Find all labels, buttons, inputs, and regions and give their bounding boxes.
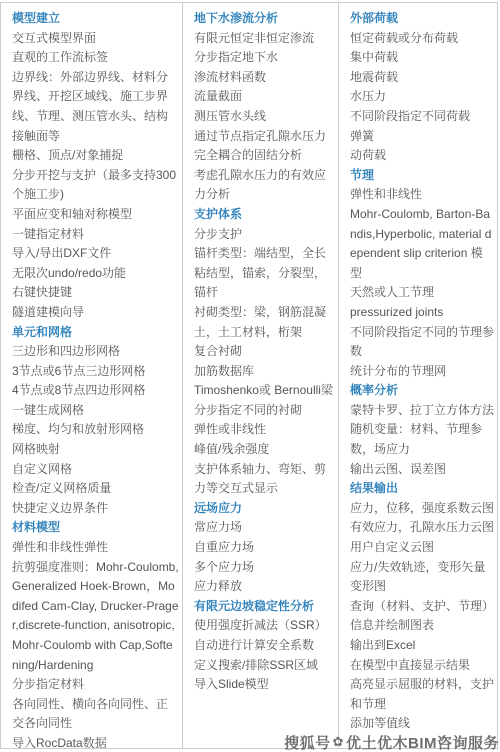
feature-item: 检查/定义网格质量	[12, 479, 179, 499]
sohu-flower-icon: ✿	[333, 734, 344, 750]
feature-item: 复合衬砌	[194, 342, 335, 362]
feature-item: 输出到Excel	[350, 636, 494, 656]
feature-item: 地震荷载	[350, 68, 494, 88]
feature-item: 应力释放	[194, 577, 335, 597]
feature-item: 网格映射	[12, 440, 179, 460]
table-column-analysis: 地下水渗流分析有限元恒定非恒定渗流分步指定地下水渗流材料函数流量截面测压管水头线…	[183, 3, 339, 748]
feature-item: 变形图	[350, 577, 494, 597]
feature-item: 衬砌类型：梁，钢筋混凝土，土工材料，桁架	[194, 303, 335, 342]
section-title: 支护体系	[194, 205, 335, 225]
feature-item: 不同阶段指定不同的节理参数	[350, 323, 494, 362]
feature-item: 直观的工作流标签	[12, 48, 179, 68]
feature-item: 一键指定材料	[12, 225, 179, 245]
feature-item: Timoshenko或 Bernoulli梁	[194, 381, 335, 401]
feature-item: 边界线：外部边界线、材料分界线、开挖区域线、施工步界线、节理、测压管水头、结构接…	[12, 68, 179, 146]
feature-item: 用户自定义云图	[350, 538, 494, 558]
feature-item: 有限元恒定非恒定渗流	[194, 29, 335, 49]
feature-item: 弹性和非线性弹性	[12, 538, 179, 558]
feature-item: 3节点或6节点三边形网格	[12, 362, 179, 382]
feature-item: 随机变量：材料、节理参数，场应力	[350, 420, 494, 459]
feature-item: 无限次undo/redo功能	[12, 264, 179, 284]
watermark: 搜狐号 ✿ 优土优木BIM咨询服务	[284, 732, 499, 752]
feature-item: 锚杆类型：端结型，全长粘结型，锚索，分裂型，锚杆	[194, 244, 335, 303]
feature-item: 通过节点指定孔隙水压力	[194, 127, 335, 147]
feature-table-page: 模型建立交互式模型界面直观的工作流标签边界线：外部边界线、材料分界线、开挖区域线…	[0, 0, 500, 752]
feature-item: 有效应力，孔隙水压力云图	[350, 518, 494, 538]
feature-item: 梯度、均匀和放射形网格	[12, 420, 179, 440]
feature-item: pressurized joints	[350, 303, 494, 323]
feature-item: 分步指定不同的衬砌	[194, 401, 335, 421]
feature-item: 恒定荷载或分布荷载	[350, 29, 494, 49]
feature-item: 蒙特卡罗、拉丁立方体方法	[350, 401, 494, 421]
feature-item: 隧道建模向导	[12, 303, 179, 323]
feature-item: 天然或人工节理	[350, 283, 494, 303]
feature-item: 分步指定地下水	[194, 48, 335, 68]
feature-item: 抗剪强度准则：Mohr-Coulomb, Generalized Hoek-Br…	[12, 558, 179, 676]
feature-item: 自定义网格	[12, 460, 179, 480]
feature-item: 应力，位移，强度系数云图	[350, 499, 494, 519]
feature-item: 栅格、顶点/对象捕捉	[12, 146, 179, 166]
feature-item: 考虑孔隙水压力的有效应力分析	[194, 166, 335, 205]
feature-item: 快捷定义边界条件	[12, 499, 179, 519]
feature-item: 使用强度折减法（SSR）自动进行计算安全系数	[194, 616, 335, 655]
feature-item: 多个应力场	[194, 558, 335, 578]
feature-item: 弹性和非线性	[350, 185, 494, 205]
watermark-text: 优土优木BIM咨询服务	[346, 732, 499, 752]
section-title: 节理	[350, 166, 494, 186]
sohu-brand-label: 搜狐号	[284, 732, 331, 752]
feature-item: 平面应变和轴对称模型	[12, 205, 179, 225]
section-title: 材料模型	[12, 518, 179, 538]
feature-table: 模型建立交互式模型界面直观的工作流标签边界线：外部边界线、材料分界线、开挖区域线…	[0, 2, 498, 749]
feature-item: 在模型中直接显示结果	[350, 656, 494, 676]
feature-item: 定义搜索/排除SSR区域	[194, 656, 335, 676]
feature-item: 三边形和四边形网格	[12, 342, 179, 362]
feature-item: 导入/导出DXF文件	[12, 244, 179, 264]
feature-item: 测压管水头线	[194, 107, 335, 127]
feature-item: 动荷载	[350, 146, 494, 166]
feature-item: 导入RocData数据	[12, 734, 179, 748]
feature-item: 渗流材料函数	[194, 68, 335, 88]
feature-item: 不同阶段指定不同荷载	[350, 107, 494, 127]
feature-item: 应力/失效轨迹，变形矢量	[350, 558, 494, 578]
feature-item: 各向同性、横向各向同性、正交各向同性	[12, 695, 179, 734]
section-title: 地下水渗流分析	[194, 9, 335, 29]
feature-item: 自重应力场	[194, 538, 335, 558]
table-column-output: 外部荷载恒定荷载或分布荷载集中荷载地震荷载水压力不同阶段指定不同荷载弹簧动荷载节…	[339, 3, 497, 748]
feature-item: 输出云图、误差图	[350, 460, 494, 480]
feature-item: 高亮显示屈服的材料，支护和节理	[350, 675, 494, 714]
feature-item: Mohr-Coulomb, Barton-Bandis,Hyperbolic, …	[350, 205, 494, 283]
feature-item: 4节点或8节点四边形网格	[12, 381, 179, 401]
section-title: 概率分析	[350, 381, 494, 401]
feature-item: 导入Slide模型	[194, 675, 335, 695]
section-title: 外部荷载	[350, 9, 494, 29]
feature-item: 弹簧	[350, 127, 494, 147]
feature-item: 统计分布的节理网	[350, 362, 494, 382]
section-title: 远场应力	[194, 499, 335, 519]
feature-item: 分步指定材料	[12, 675, 179, 695]
feature-item: 水压力	[350, 87, 494, 107]
feature-item: 一键生成网格	[12, 401, 179, 421]
table-column-modeling: 模型建立交互式模型界面直观的工作流标签边界线：外部边界线、材料分界线、开挖区域线…	[1, 3, 183, 748]
feature-item: 交互式模型界面	[12, 29, 179, 49]
section-title: 模型建立	[12, 9, 179, 29]
section-title: 结果输出	[350, 479, 494, 499]
feature-item: 分步开挖与支护（最多支持300个施工步)	[12, 166, 179, 205]
feature-item: 完全耦合的固结分析	[194, 146, 335, 166]
feature-item: 流量截面	[194, 87, 335, 107]
feature-item: 查询（材料、支护、节理）信息并绘制图表	[350, 597, 494, 636]
feature-item: 弹性或非线性	[194, 420, 335, 440]
feature-item: 峰值/残余强度	[194, 440, 335, 460]
section-title: 有限元边坡稳定性分析	[194, 597, 335, 617]
feature-item: 集中荷载	[350, 48, 494, 68]
feature-item: 支护体系轴力、弯矩、剪力等交互式显示	[194, 460, 335, 499]
feature-item: 右键快捷键	[12, 283, 179, 303]
feature-item: 分步支护	[194, 225, 335, 245]
section-title: 单元和网格	[12, 323, 179, 343]
feature-item: 常应力场	[194, 518, 335, 538]
feature-item: 加筋数据库	[194, 362, 335, 382]
